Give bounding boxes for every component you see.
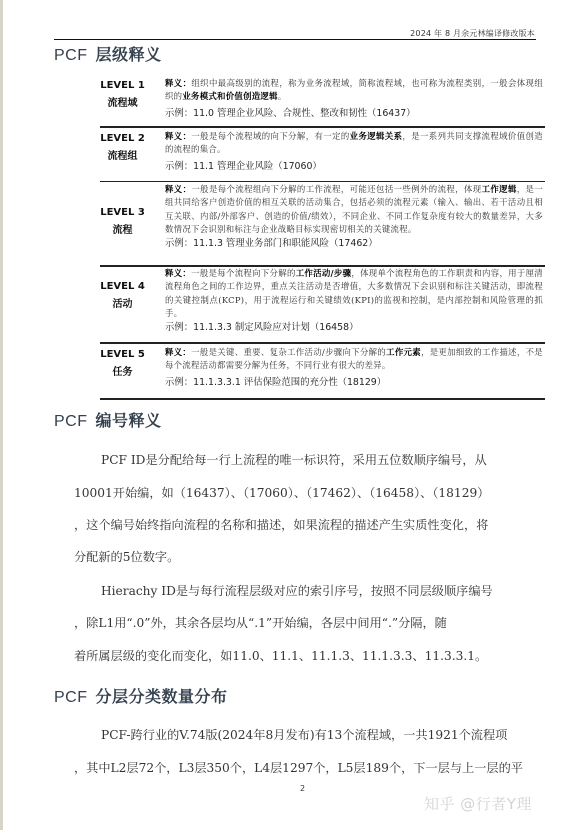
paragraph-line: PCF-跨行业的V.74版(2024年8月发布)有13个流程域，一共1921个流… [74,728,561,742]
section-heading: 层级释义 [96,45,162,64]
level-label: LEVEL 5 任务 [100,346,145,382]
level-row-5: LEVEL 5 任务 释义：一般是关键、重要、复杂工作活动/步骤向下分解的工作元… [100,343,545,398]
row-divider [100,398,545,400]
level-code: LEVEL 1 [100,77,145,95]
level-row-1: LEVEL 1 流程域 释义：组织中最高级别的流程，称为业务流程域，简称流程域，… [100,74,545,126]
level-code: LEVEL 4 [100,278,145,296]
paragraph-line: 10001开始编，如（16437）、（17060）、（17462）、（16458… [74,486,534,500]
level-code: LEVEL 2 [100,130,145,148]
paragraph-line: 分配新的5位数字。 [74,550,534,564]
level-content: 释义：一般是关键、重要、复杂工作活动/步骤向下分解的工作元素，是更加细致的工作描… [165,346,543,390]
example: 示例：11.1.3 管理业务部门和职能风险（17462） [165,237,543,251]
level-content: 释义：一般是每个流程域的向下分解，有一定的业务逻辑关系，是一系列共同支撑流程域价… [165,130,543,174]
paragraph-line: PCF ID是分配给每一行上流程的唯一标识符，采用五位数顺序编号，从 [74,453,561,467]
section-prefix: PCF [54,47,88,64]
level-row-4: LEVEL 4 活动 释义：一般是每个流程向下分解的工作活动/步骤，体现单个流程… [100,266,545,342]
level-content: 释义：一般是每个流程组向下分解的工作流程，可能还包括一些例外的流程，体现工作逻辑… [165,183,543,251]
level-name: 流程域 [100,95,145,113]
paragraph-line: ，除L1用“.0”外，其余各层均从“.1”开始编，各层中间用“.”分隔，随 [74,616,534,630]
example: 示例：11.0 管理企业风险、合规性、整改和韧性（16437） [165,107,543,121]
level-row-2: LEVEL 2 流程组 释义：一般是每个流程域的向下分解，有一定的业务逻辑关系，… [100,127,545,181]
paragraph-line: ，这个编号始终指向流程的名称和描述，如果流程的描述产生实质性变化，将 [74,518,534,532]
section-heading: 编号释义 [96,411,162,430]
paragraph-line: ，其中L2层72个，L3层350个，L4层1297个，L5层189个，下一层与上… [74,761,534,775]
level-label: LEVEL 4 活动 [100,278,145,314]
definition: 释义：一般是关键、重要、复杂工作活动/步骤向下分解的工作元素，是更加细致的工作描… [165,346,543,373]
level-code: LEVEL 5 [100,346,145,364]
section-title-levels: PCF层级释义 [54,42,162,65]
section-prefix: PCF [54,413,88,430]
page-number: 2 [300,784,305,793]
example: 示例：11.1.3.3.1 评估保险范围的充分性（18129） [165,376,543,390]
watermark: 知乎 @行者Y理 [424,793,532,814]
definition: 释义：一般是每个流程域的向下分解，有一定的业务逻辑关系，是一系列共同支撑流程域价… [165,130,543,157]
paragraph-line: Hierachy ID是与每行流程层级对应的索引序号，按照不同层级顺序编号 [74,584,561,598]
level-name: 流程 [100,222,145,240]
page-edge [0,0,3,830]
level-label: LEVEL 2 流程组 [100,130,145,166]
level-content: 释义：组织中最高级别的流程，称为业务流程域，简称流程域，也可称为流程类别，一般会… [165,77,543,121]
paragraph-line: 着所属层级的变化而变化，如11.0、11.1、11.1.3、11.1.3.3、1… [74,649,534,663]
level-label: LEVEL 3 流程 [100,204,145,240]
section-title-numbering: PCF编号释义 [54,408,162,431]
level-label: LEVEL 1 流程域 [100,77,145,113]
level-content: 释义：一般是每个流程向下分解的工作活动/步骤，体现单个流程角色的工作职责和内容，… [165,267,543,335]
level-name: 活动 [100,296,145,314]
section-heading: 分层分类数量分布 [96,687,228,706]
level-name: 任务 [100,364,145,382]
level-name: 流程组 [100,148,145,166]
edition-note: 2024 年 8 月余元林编译修改版本 [410,28,535,39]
level-row-3: LEVEL 3 流程 释义：一般是每个流程组向下分解的工作流程，可能还包括一些例… [100,182,545,265]
example: 示例：11.1.3.3 制定风险应对计划（16458） [165,321,543,335]
definition: 释义：一般是每个流程组向下分解的工作流程，可能还包括一些例外的流程，体现工作逻辑… [165,183,543,236]
definition: 释义：一般是每个流程向下分解的工作活动/步骤，体现单个流程角色的工作职责和内容，… [165,267,543,320]
section-prefix: PCF [54,689,88,706]
definition: 释义：组织中最高级别的流程，称为业务流程域，简称流程域，也可称为流程类别，一般会… [165,77,543,104]
section-title-distribution: PCF分层分类数量分布 [54,684,228,707]
header-rule [54,39,536,40]
example: 示例：11.1 管理企业风险（17060） [165,160,543,174]
level-code: LEVEL 3 [100,204,145,222]
